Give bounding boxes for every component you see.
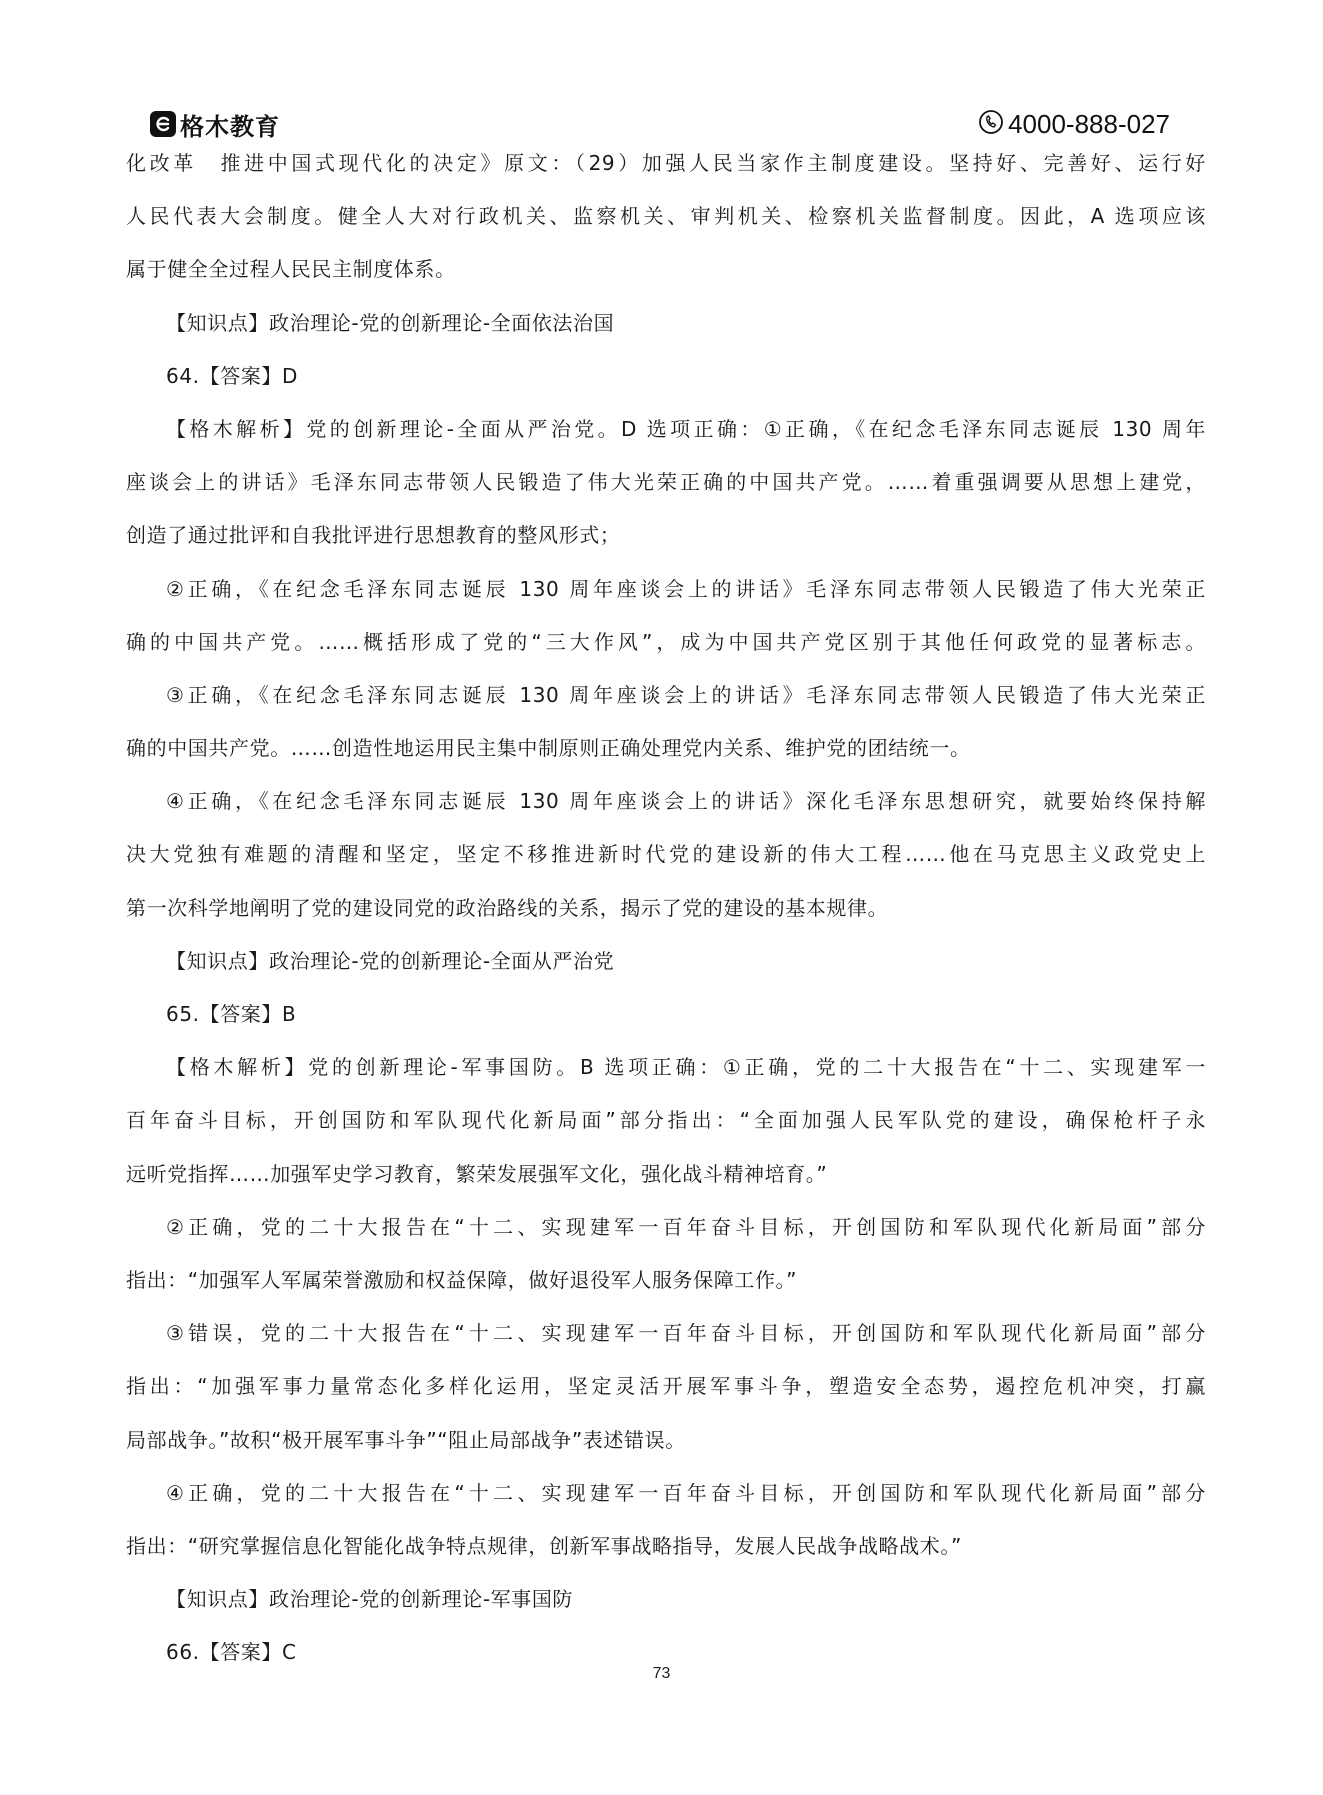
text-line: 指出：“加强军人军属荣誉激励和权益保障，做好退役军人服务保障工作。” [126,1267,1206,1293]
text-line: 【知识点】政治理论-党的创新理论-全面从严治党 [126,948,1206,974]
text-line: 第一次科学地阐明了党的建设同党的政治路线的关系，揭示了党的建设的基本规律。 [126,895,1206,921]
phone-number: 4000-888-027 [1008,109,1170,140]
phone-icon [978,109,1004,139]
text-line: 66.【答案】C [126,1639,1206,1665]
text-line: 座谈会上的讲话》毛泽东同志带领人民锻造了伟大光荣正确的中国共产党。……着重强调要… [126,469,1206,495]
text-line: 65.【答案】B [126,1001,1206,1027]
text-line: 【格木解析】党的创新理论-全面从严治党。D 选项正确：①正确，《在纪念毛泽东同志… [126,416,1206,442]
text-line: 【知识点】政治理论-党的创新理论-军事国防 [126,1586,1206,1612]
text-line: ②正确，党的二十大报告在“十二、实现建军一百年奋斗目标，开创国防和军队现代化新局… [126,1214,1206,1240]
text-line: ④正确，《在纪念毛泽东同志诞辰 130 周年座谈会上的讲话》深化毛泽东思想研究，… [126,788,1206,814]
page-number: 73 [0,1665,1323,1683]
brand-name: 格木教育 [180,107,280,142]
text-line: 确的中国共产党。……概括形成了党的“三大作风”，成为中国共产党区别于其他任何政党… [126,629,1206,655]
document-body: 化改革 推进中国式现代化的决定》原文：（29）加强人民当家作主制度建设。坚持好、… [126,150,1206,1692]
text-line: 人民代表大会制度。健全人大对行政机关、监察机关、审判机关、检察机关监督制度。因此… [126,203,1206,229]
text-line: 【知识点】政治理论-党的创新理论-全面依法治国 [126,310,1206,336]
text-line: ②正确，《在纪念毛泽东同志诞辰 130 周年座谈会上的讲话》毛泽东同志带领人民锻… [126,576,1206,602]
text-line: 百年奋斗目标，开创国防和军队现代化新局面”部分指出：“全面加强人民军队党的建设，… [126,1107,1206,1133]
text-line: 【格木解析】党的创新理论-军事国防。B 选项正确：①正确，党的二十大报告在“十二… [126,1054,1206,1080]
text-line: ④正确，党的二十大报告在“十二、实现建军一百年奋斗目标，开创国防和军队现代化新局… [126,1480,1206,1506]
text-line: ③正确，《在纪念毛泽东同志诞辰 130 周年座谈会上的讲话》毛泽东同志带领人民锻… [126,682,1206,708]
text-line: 确的中国共产党。……创造性地运用民主集中制原则正确处理党内关系、维护党的团结统一… [126,735,1206,761]
text-line: 属于健全全过程人民民主制度体系。 [126,256,1206,282]
phone-contact: 4000-888-027 [978,109,1170,140]
text-line: 创造了通过批评和自我批评进行思想教育的整风形式； [126,522,1206,548]
text-line: 化改革 推进中国式现代化的决定》原文：（29）加强人民当家作主制度建设。坚持好、… [126,150,1206,176]
text-line: 指出：“加强军事力量常态化多样化运用，坚定灵活开展军事斗争，塑造安全态势，遏控危… [126,1373,1206,1399]
text-line: 64.【答案】D [126,363,1206,389]
brand-logo-icon [150,111,176,137]
text-line: ③错误，党的二十大报告在“十二、实现建军一百年奋斗目标，开创国防和军队现代化新局… [126,1320,1206,1346]
text-line: 指出：“研究掌握信息化智能化战争特点规律，创新军事战略指导，发展人民战争战略战术… [126,1533,1206,1559]
text-line: 局部战争。”故积“极开展军事斗争”“阻止局部战争”表述错误。 [126,1427,1206,1453]
text-line: 远听党指挥……加强军史学习教育，繁荣发展强军文化，强化战斗精神培育。” [126,1161,1206,1187]
text-line: 决大党独有难题的清醒和坚定，坚定不移推进新时代党的建设新的伟大工程……他在马克思… [126,841,1206,867]
page-header: 格木教育 4000-888-027 [150,104,1170,144]
brand-logo: 格木教育 [150,107,280,142]
